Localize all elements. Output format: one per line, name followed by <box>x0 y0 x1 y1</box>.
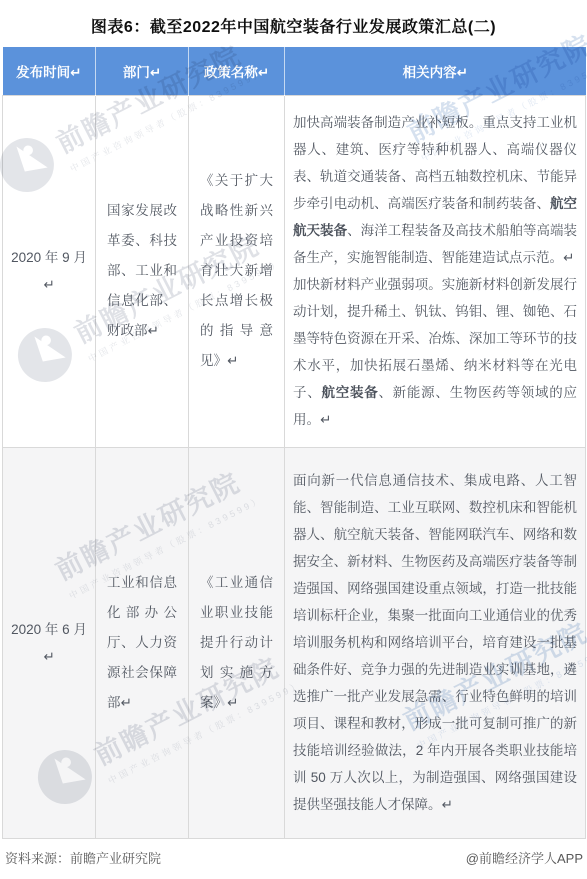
col-header-policy-name: 政策名称↵ <box>189 47 285 95</box>
credit-note: @前瞻经济学人APP <box>466 848 583 867</box>
cell-publish-time: 2020 年 6 月↵ <box>3 447 96 838</box>
cell-policy-name: 《工业通信业职业技能提升行动计划实施方案》↵ <box>189 447 285 838</box>
table-row: 2020 年 6 月↵ 工业和信息化部办公厅、人力资源社会保障部↵ 《工业通信业… <box>3 447 586 838</box>
table-header-row: 发布时间↵ 部门↵ 政策名称↵ 相关内容↵ <box>3 47 586 95</box>
policy-table: 发布时间↵ 部门↵ 政策名称↵ 相关内容↵ 2020 年 9 月↵ 国家发展改革… <box>2 47 586 839</box>
col-header-content: 相关内容↵ <box>285 47 586 95</box>
cell-policy-name: 《关于扩大战略性新兴产业投资培育壮大新增长点增长极的指导意见》↵ <box>189 95 285 447</box>
page-title: 图表6：截至2022年中国航空装备行业发展政策汇总(二) <box>0 0 587 47</box>
table-row: 2020 年 9 月↵ 国家发展改革委、科技部、工业和信息化部、财政部↵ 《关于… <box>3 95 586 447</box>
cell-publish-time: 2020 年 9 月↵ <box>3 95 96 447</box>
source-note: 资料来源：前瞻产业研究院 <box>5 848 161 867</box>
cell-department: 工业和信息化部办公厅、人力资源社会保障部↵ <box>96 447 189 838</box>
cell-department: 国家发展改革委、科技部、工业和信息化部、财政部↵ <box>96 95 189 447</box>
col-header-publish-time: 发布时间↵ <box>3 47 96 95</box>
col-header-department: 部门↵ <box>96 47 189 95</box>
cell-content: 面向新一代信息通信技术、集成电路、人工智能、智能制造、工业互联网、数控机床和智能… <box>285 447 586 838</box>
cell-content: 加快高端装备制造产业补短板。重点支持工业机器人、建筑、医疗等特种机器人、高端仪器… <box>285 95 586 447</box>
footer: 资料来源：前瞻产业研究院 @前瞻经济学人APP <box>5 848 583 867</box>
